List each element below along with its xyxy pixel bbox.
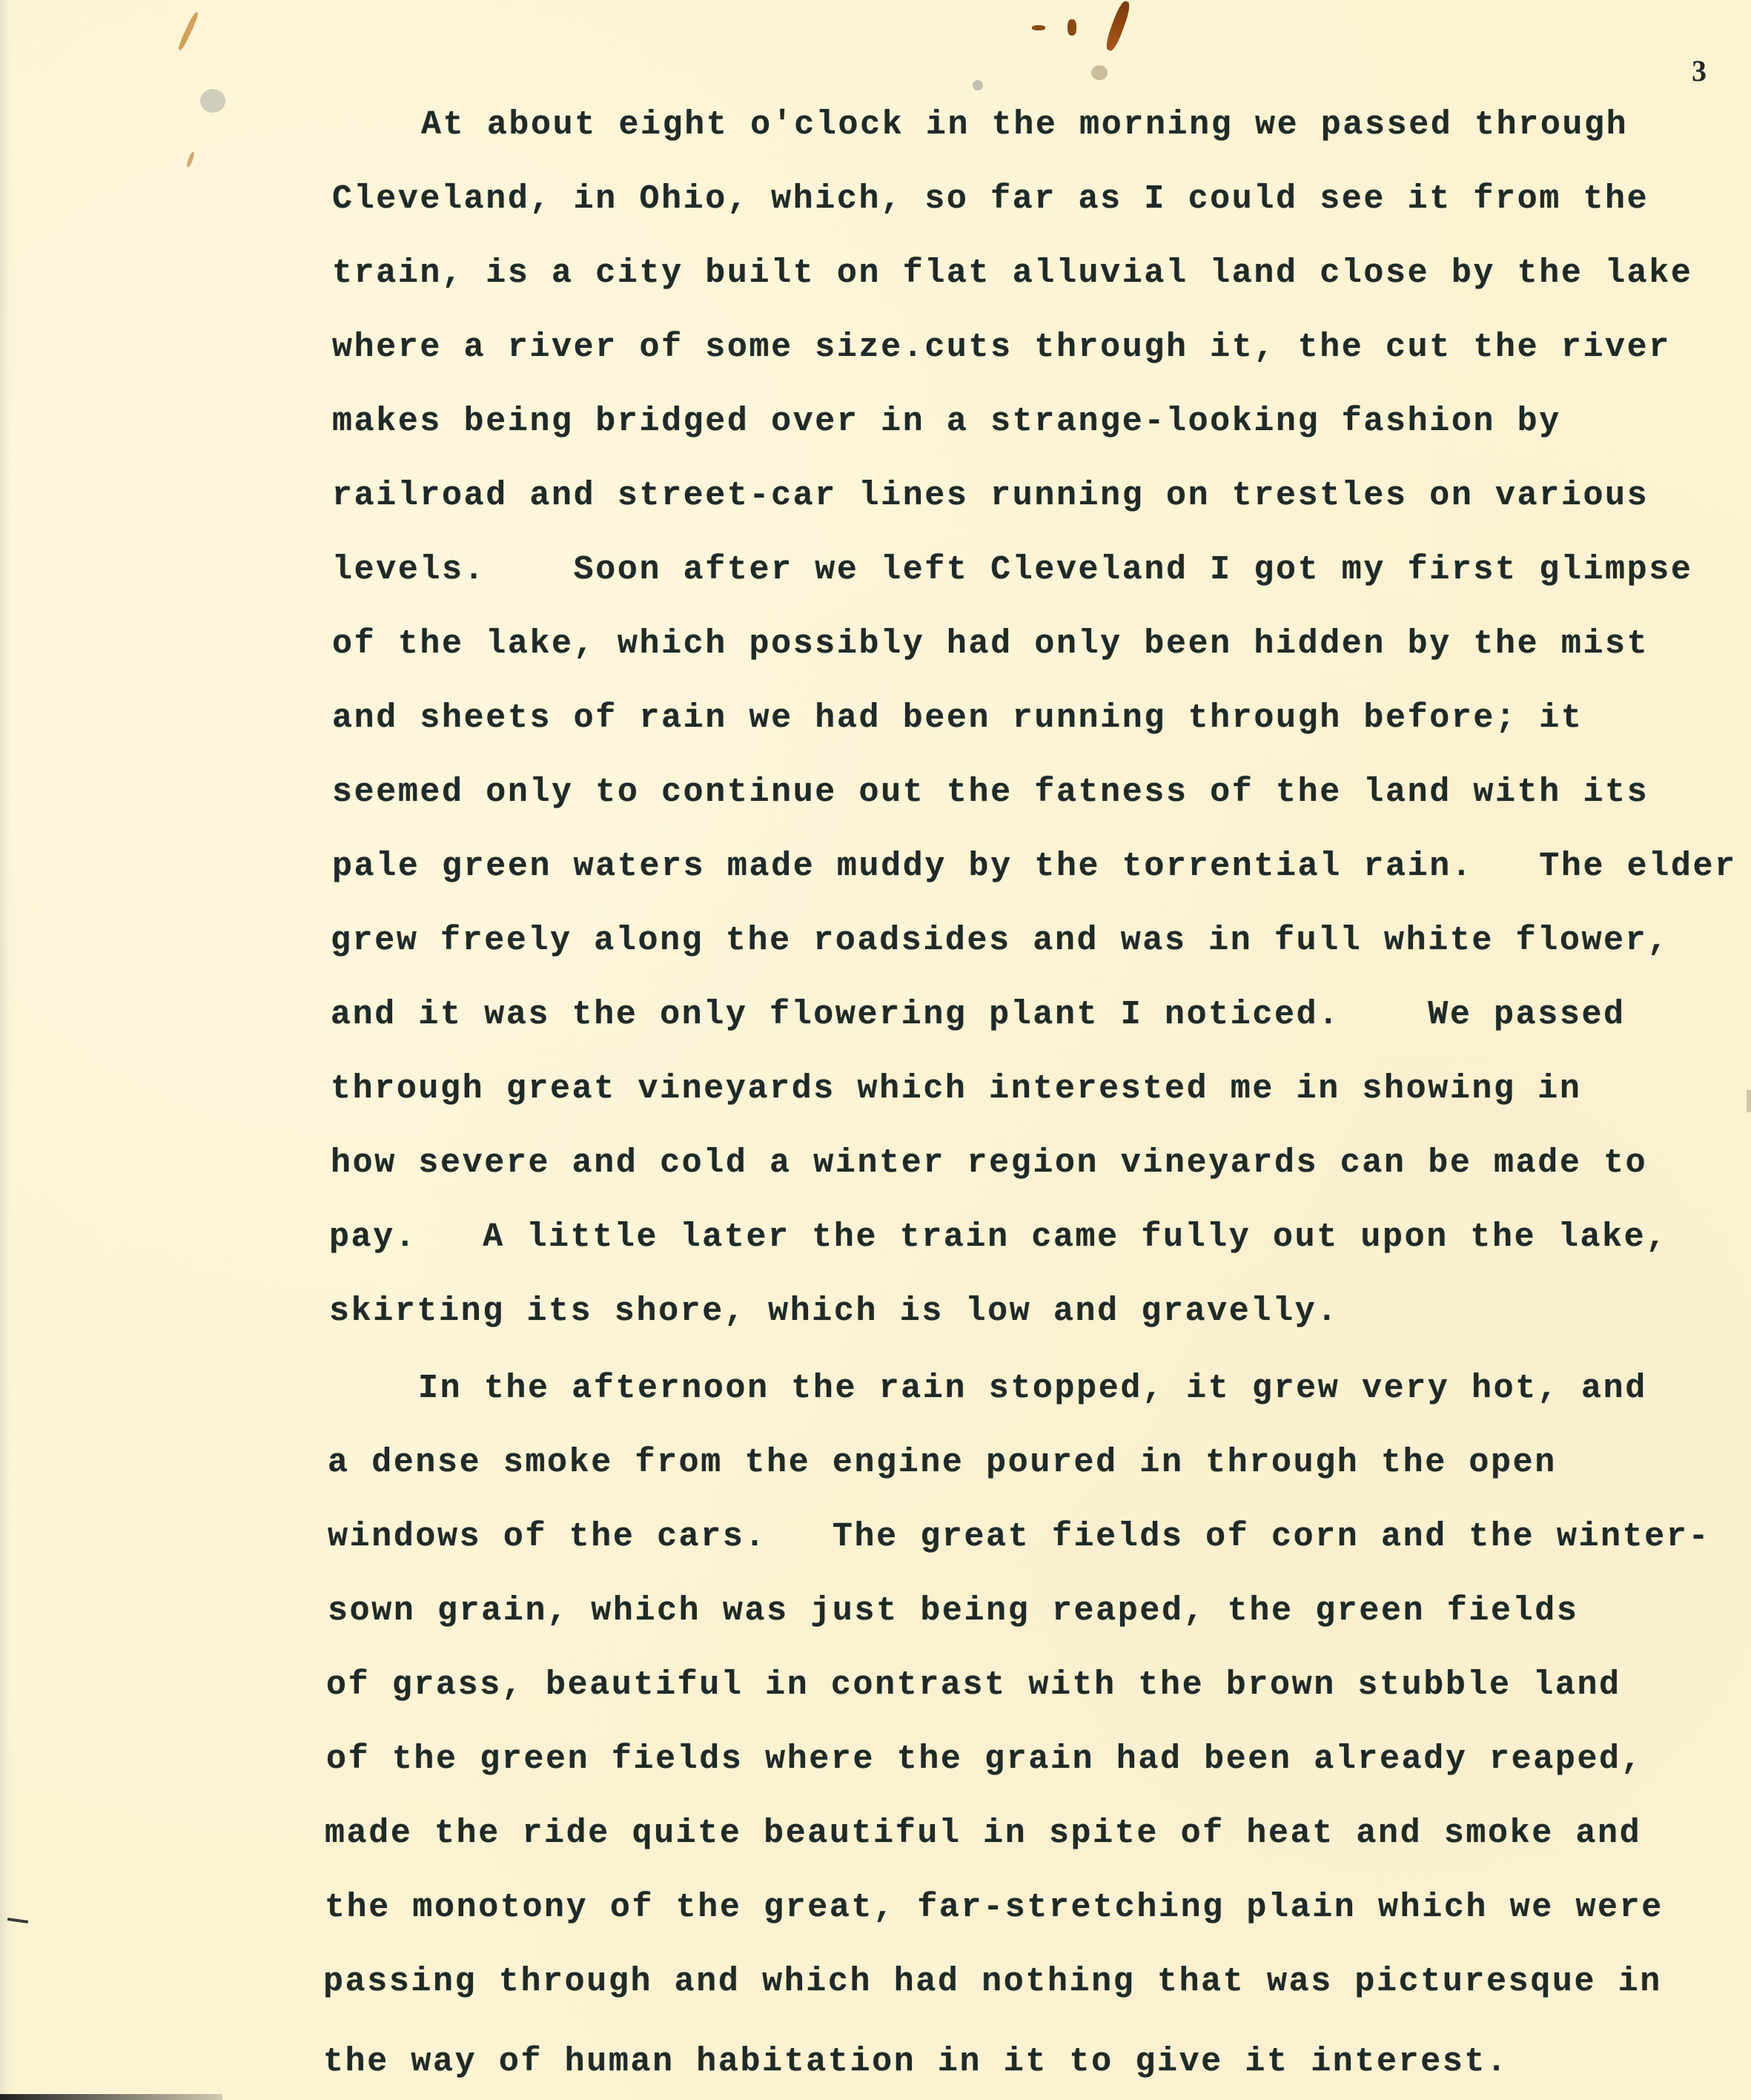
text-line: makes being bridged over in a strange-lo… xyxy=(332,405,1561,438)
text-line: and it was the only flowering plant I no… xyxy=(331,998,1626,1031)
text-line: In the afternoon the rain stopped, it gr… xyxy=(418,1372,1647,1405)
spot-stain xyxy=(1747,1090,1751,1112)
text-line: a dense smoke from the engine poured in … xyxy=(328,1446,1557,1479)
text-line: through great vineyards which interested… xyxy=(331,1072,1581,1106)
rust-stain xyxy=(185,151,195,168)
spot-stain xyxy=(200,89,225,113)
text-line: seemed only to continue out the fatness … xyxy=(332,776,1649,809)
text-line: the monotony of the great, far-stretchin… xyxy=(325,1891,1664,1924)
text-line: pale green waters made muddy by the torr… xyxy=(332,850,1737,883)
spot-stain xyxy=(973,80,983,90)
text-line: where a river of some size.cuts through … xyxy=(332,331,1671,364)
text-line: skirting its shore, which is low and gra… xyxy=(329,1295,1339,1328)
text-line: of the green fields where the grain had … xyxy=(326,1743,1643,1776)
text-line: windows of the cars. The great fields of… xyxy=(328,1520,1710,1553)
text-line: pay. A little later the train came fully… xyxy=(329,1221,1668,1254)
text-line: passing through and which had nothing th… xyxy=(323,1965,1662,1998)
spot-stain xyxy=(1091,65,1108,80)
rust-stain xyxy=(1032,25,1045,30)
page-edge-shadow xyxy=(0,0,10,2100)
text-line: railroad and street-car lines running on… xyxy=(332,479,1649,512)
rust-stain xyxy=(177,11,200,51)
rust-stain xyxy=(1104,0,1133,53)
text-line: of grass, beautiful in contrast with the… xyxy=(326,1668,1621,1702)
text-line: made the ride quite beautiful in spite o… xyxy=(325,1817,1641,1850)
page-edge-shadow xyxy=(0,2094,222,2100)
text-line: grew freely along the roadsides and was … xyxy=(331,924,1669,957)
text-line: sown grain, which was just being reaped,… xyxy=(328,1594,1578,1628)
text-line: Cleveland, in Ohio, which, so far as I c… xyxy=(332,182,1649,216)
text-line: how severe and cold a winter region vine… xyxy=(331,1146,1647,1180)
typewritten-page: 3 At about eight o'clock in the morning … xyxy=(0,0,1751,2100)
page-number: 3 xyxy=(1692,53,1707,88)
text-line: train, is a city built on flat alluvial … xyxy=(332,257,1692,290)
text-line: the way of human habitation in it to giv… xyxy=(323,2045,1509,2078)
text-line: of the lake, which possibly had only bee… xyxy=(332,627,1649,661)
rust-stain xyxy=(1068,19,1076,36)
text-line: At about eight o'clock in the morning we… xyxy=(421,108,1628,142)
pencil-mark xyxy=(7,1918,28,1924)
text-line: levels. Soon after we left Cleveland I g… xyxy=(332,553,1692,587)
text-line: and sheets of rain we had been running t… xyxy=(332,701,1583,735)
